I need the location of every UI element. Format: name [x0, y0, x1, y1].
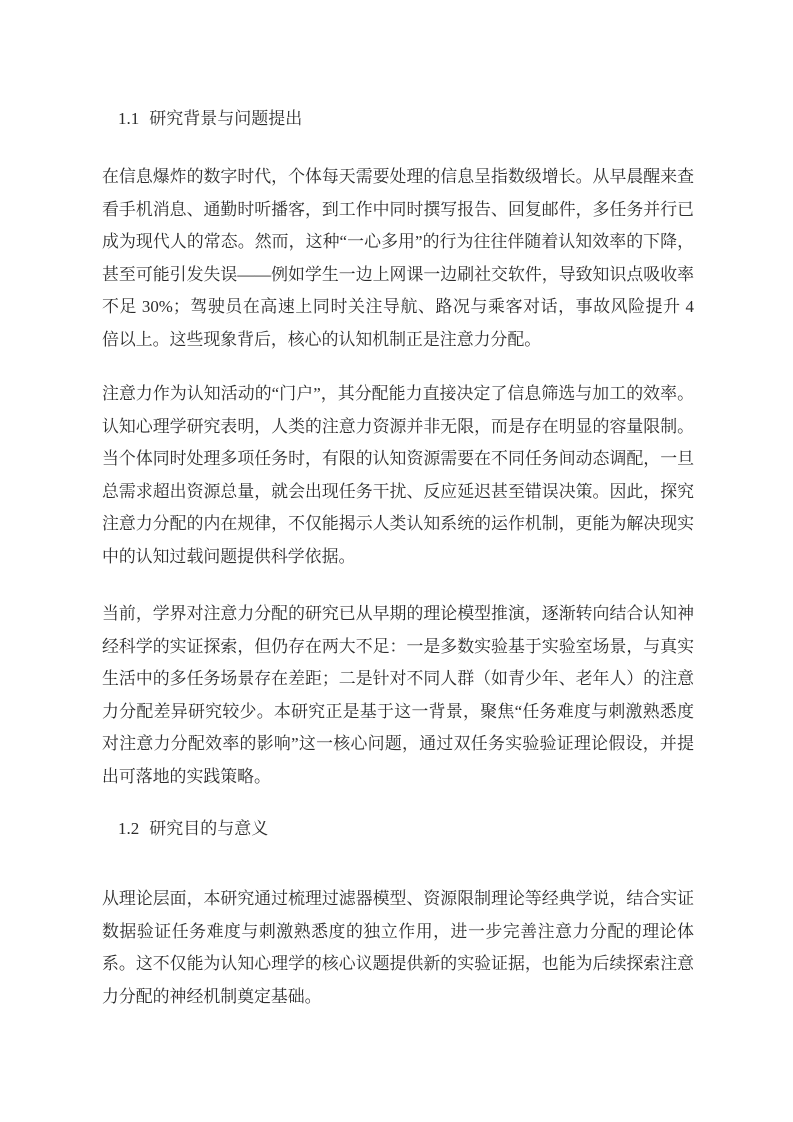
heading-title: 研究目的与意义: [149, 819, 268, 838]
paragraph-theoretical-significance: 从理论层面，本研究通过梳理过滤器模型、资源限制理论等经典学说，结合实证数据验证任…: [102, 883, 694, 1013]
document-content: 1.1研究背景与问题提出 在信息爆炸的数字时代，个体每天需要处理的信息呈指数级增…: [102, 102, 694, 1013]
paragraph-research-gap: 当前，学界对注意力分配的研究已从早期的理论模型推演，逐渐转向结合认知神经科学的实…: [102, 598, 694, 793]
heading-title: 研究背景与问题提出: [149, 109, 302, 128]
section-heading-1-2: 1.2研究目的与意义: [102, 812, 694, 845]
paragraph-attention-gateway: 注意力作为认知活动的“门户”，其分配能力直接决定了信息筛选与加工的效率。认知心理…: [102, 378, 694, 573]
paragraph-digital-era: 在信息爆炸的数字时代，个体每天需要处理的信息呈指数级增长。从早晨醒来查看手机消息…: [102, 161, 694, 356]
heading-number: 1.2: [118, 819, 139, 838]
heading-number: 1.1: [118, 109, 139, 128]
section-heading-1-1: 1.1研究背景与问题提出: [102, 102, 694, 135]
document-page: 1.1研究背景与问题提出 在信息爆炸的数字时代，个体每天需要处理的信息呈指数级增…: [0, 0, 793, 1122]
